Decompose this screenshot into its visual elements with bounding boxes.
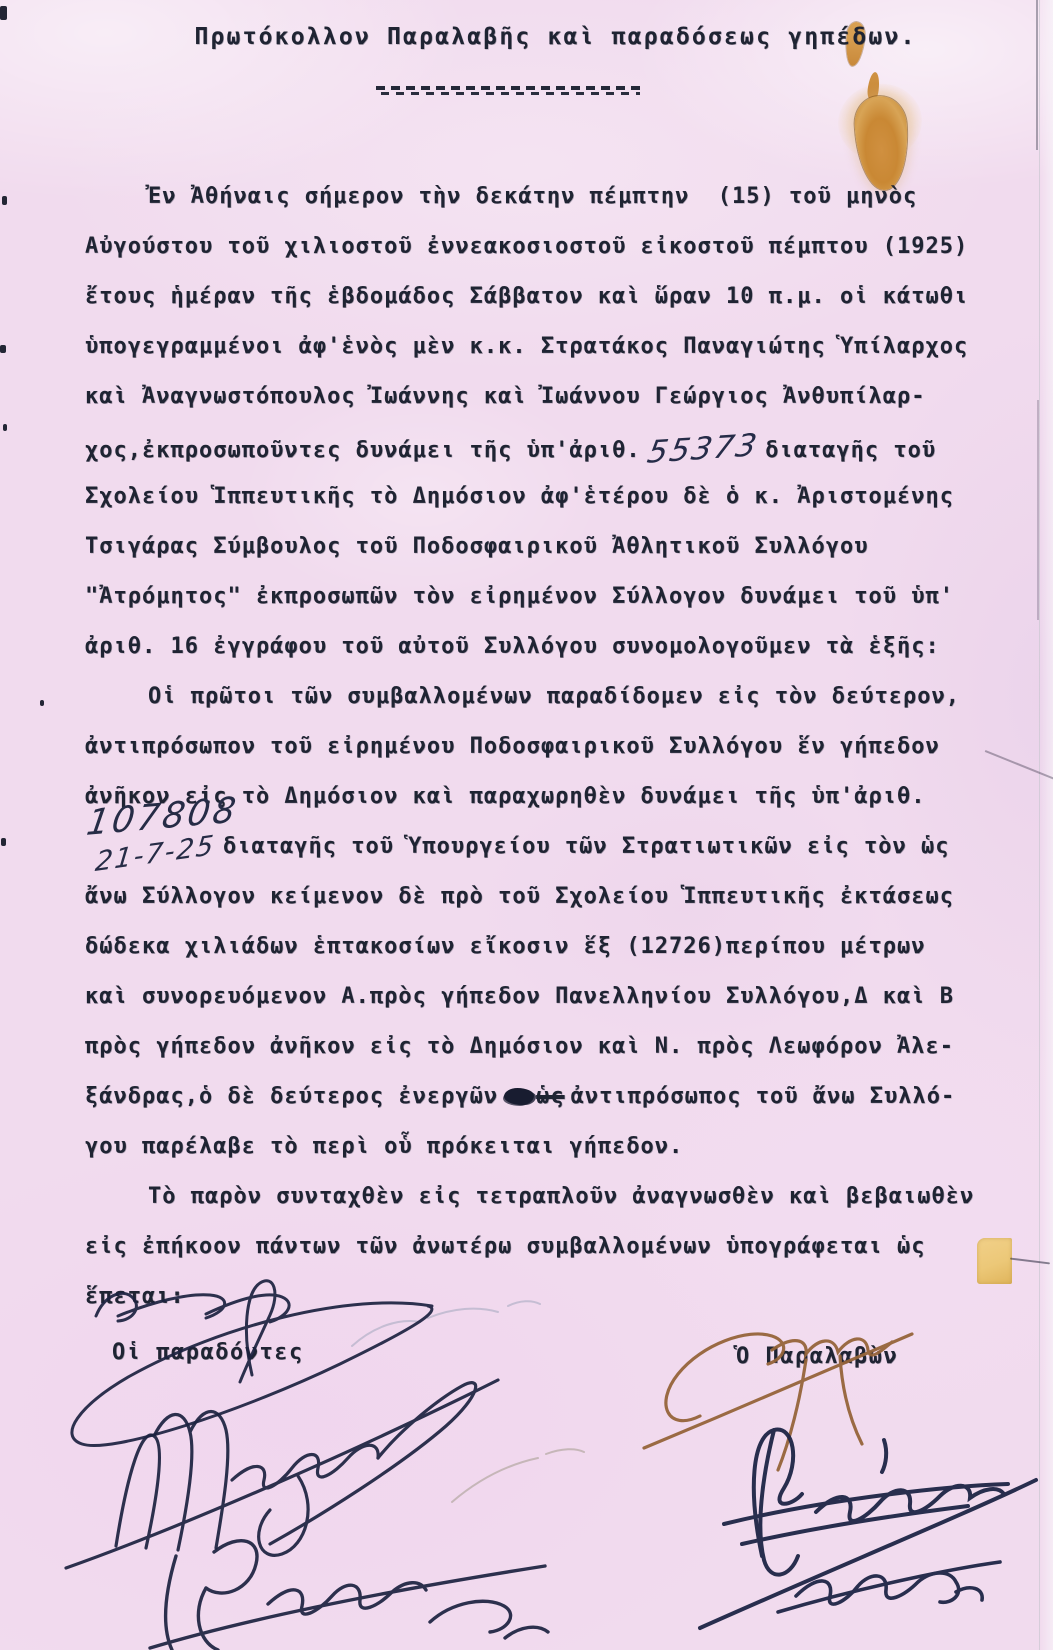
doc-line: γου παρέλαβε τὸ περὶ οὗ πρόκειται γήπεδο… xyxy=(85,1122,1015,1172)
doc-line: ἀριθ. 16 ἐγγράφου τοῦ αὐτοῦ Συλλόγου συν… xyxy=(85,622,1015,672)
doc-line: Τὸ παρὸν συνταχθὲν εἰς τετραπλοῦν ἀναγνω… xyxy=(85,1172,1015,1222)
signature-deliverer-3 xyxy=(150,1541,548,1650)
deliverers-label: Οἱ παραδόντες xyxy=(112,1340,304,1365)
doc-line: Τσιγάρας Σύμβουλος τοῦ Ποδοσφαιρικοῦ Ἀθλ… xyxy=(85,522,1015,572)
doc-line: Οἱ πρῶτοι τῶν συμβαλλομένων παραδίδομεν … xyxy=(85,672,1015,722)
title-underline xyxy=(376,86,640,96)
doc-line: Αὐγούστου τοῦ χιλιοστοῦ ἐννεακοσιοστοῦ ε… xyxy=(85,222,1015,272)
scan-speck xyxy=(2,196,7,205)
doc-line: εἰς ἐπήκοον πάντων τῶν ἀνωτέρω συμβαλλομ… xyxy=(85,1222,1015,1272)
doc-line-segment: ἀντιπρόσωπος τοῦ ἄνω Συλλό- xyxy=(571,1084,956,1109)
scan-edge xyxy=(1039,0,1053,1650)
doc-line: δώδεκα χιλιάδων ἑπτακοσίων εἴκοσιν ἕξ (1… xyxy=(85,922,1015,972)
signature-receiver-rank xyxy=(778,1562,1000,1612)
scan-edge-line xyxy=(1036,0,1038,150)
doc-line-segment: διαταγῆς τοῦ xyxy=(765,438,936,463)
doc-line: ἀντιπρόσωπον τοῦ εἰρημένου Ποδοσφαιρικοῦ… xyxy=(85,722,1015,772)
ink-blot-strikeout xyxy=(504,1088,534,1105)
doc-line: πρὸς γήπεδον ἀνῆκον εἰς τὸ Δημόσιον καὶ … xyxy=(85,1022,1015,1072)
doc-line: ἕπεται: xyxy=(85,1272,1015,1322)
scan-speck xyxy=(40,700,44,706)
doc-line-segment: χος,ἐκπροσωποῦντες δυνάμει τῆς ὑπ'ἀριθ. xyxy=(85,438,641,463)
scanned-document-page: Πρωτόκολλον Παραλαβῆς καὶ παραδόσεως γηπ… xyxy=(0,0,1053,1650)
scan-speck xyxy=(0,345,6,353)
scan-speck xyxy=(1,838,6,846)
doc-line: "Ἀτρόμητος" ἐκπροσωπῶν τὸν εἰρημένον Σύλ… xyxy=(85,572,1015,622)
scan-speck xyxy=(0,6,7,20)
doc-line: καὶ συνορευόμενον Α.πρὸς γήπεδον Πανελλη… xyxy=(85,972,1015,1022)
document-body: Ἐν Ἀθήναις σήμερον τὴν δεκάτην πέμπτην (… xyxy=(85,172,1015,1322)
doc-line: καὶ Ἀναγνωστόπουλος Ἰωάννης καὶ Ἰωάννου … xyxy=(85,372,1015,422)
pencil-scribble xyxy=(452,1449,584,1502)
doc-line: ἔτους ἡμέραν τῆς ἑβδομάδος Σάββατον καὶ … xyxy=(85,272,1015,322)
document-title: Πρωτόκολλον Παραλαβῆς καὶ παραδόσεως γηπ… xyxy=(0,24,1053,50)
scan-edge-line xyxy=(1037,400,1039,620)
doc-line: ὑπογεγραμμένοι ἀφ'ἑνὸς μὲν κ.κ. Στρατάκο… xyxy=(85,322,1015,372)
doc-line-with-strikeout: ξάνδρας,ὁ δὲ δεύτερος ἐνεργῶνὡςἀντιπρόσω… xyxy=(85,1072,1015,1122)
scan-speck xyxy=(3,424,7,431)
doc-line: Ἐν Ἀθήναις σήμερον τὴν δεκάτην πέμπτην (… xyxy=(85,172,1015,222)
receiver-label: Ὁ Παραλαβὼν xyxy=(736,1344,898,1369)
doc-line-segment: ξάνδρας,ὁ δὲ δεύτερος ἐνεργῶν xyxy=(85,1084,498,1109)
doc-line: Σχολείου Ἱππευτικῆς τὸ Δημόσιον ἀφ'ἑτέρο… xyxy=(85,472,1015,522)
handwritten-margin-note: 107808 21-7-25 xyxy=(85,794,242,873)
handwritten-order-number: 55373 xyxy=(643,420,762,477)
tape-sticker xyxy=(977,1238,1012,1284)
struck-word: ὡς xyxy=(536,1084,565,1109)
signature-deliverer-2 xyxy=(66,1380,498,1568)
doc-line: ἄνω Σύλλογον κείμενον δὲ πρὸ τοῦ Σχολείο… xyxy=(85,872,1015,922)
signature-receiver-blue xyxy=(700,1430,1036,1628)
doc-line-with-handwritten-number: χος,ἐκπροσωποῦντες δυνάμει τῆς ὑπ'ἀριθ.5… xyxy=(85,422,1015,472)
